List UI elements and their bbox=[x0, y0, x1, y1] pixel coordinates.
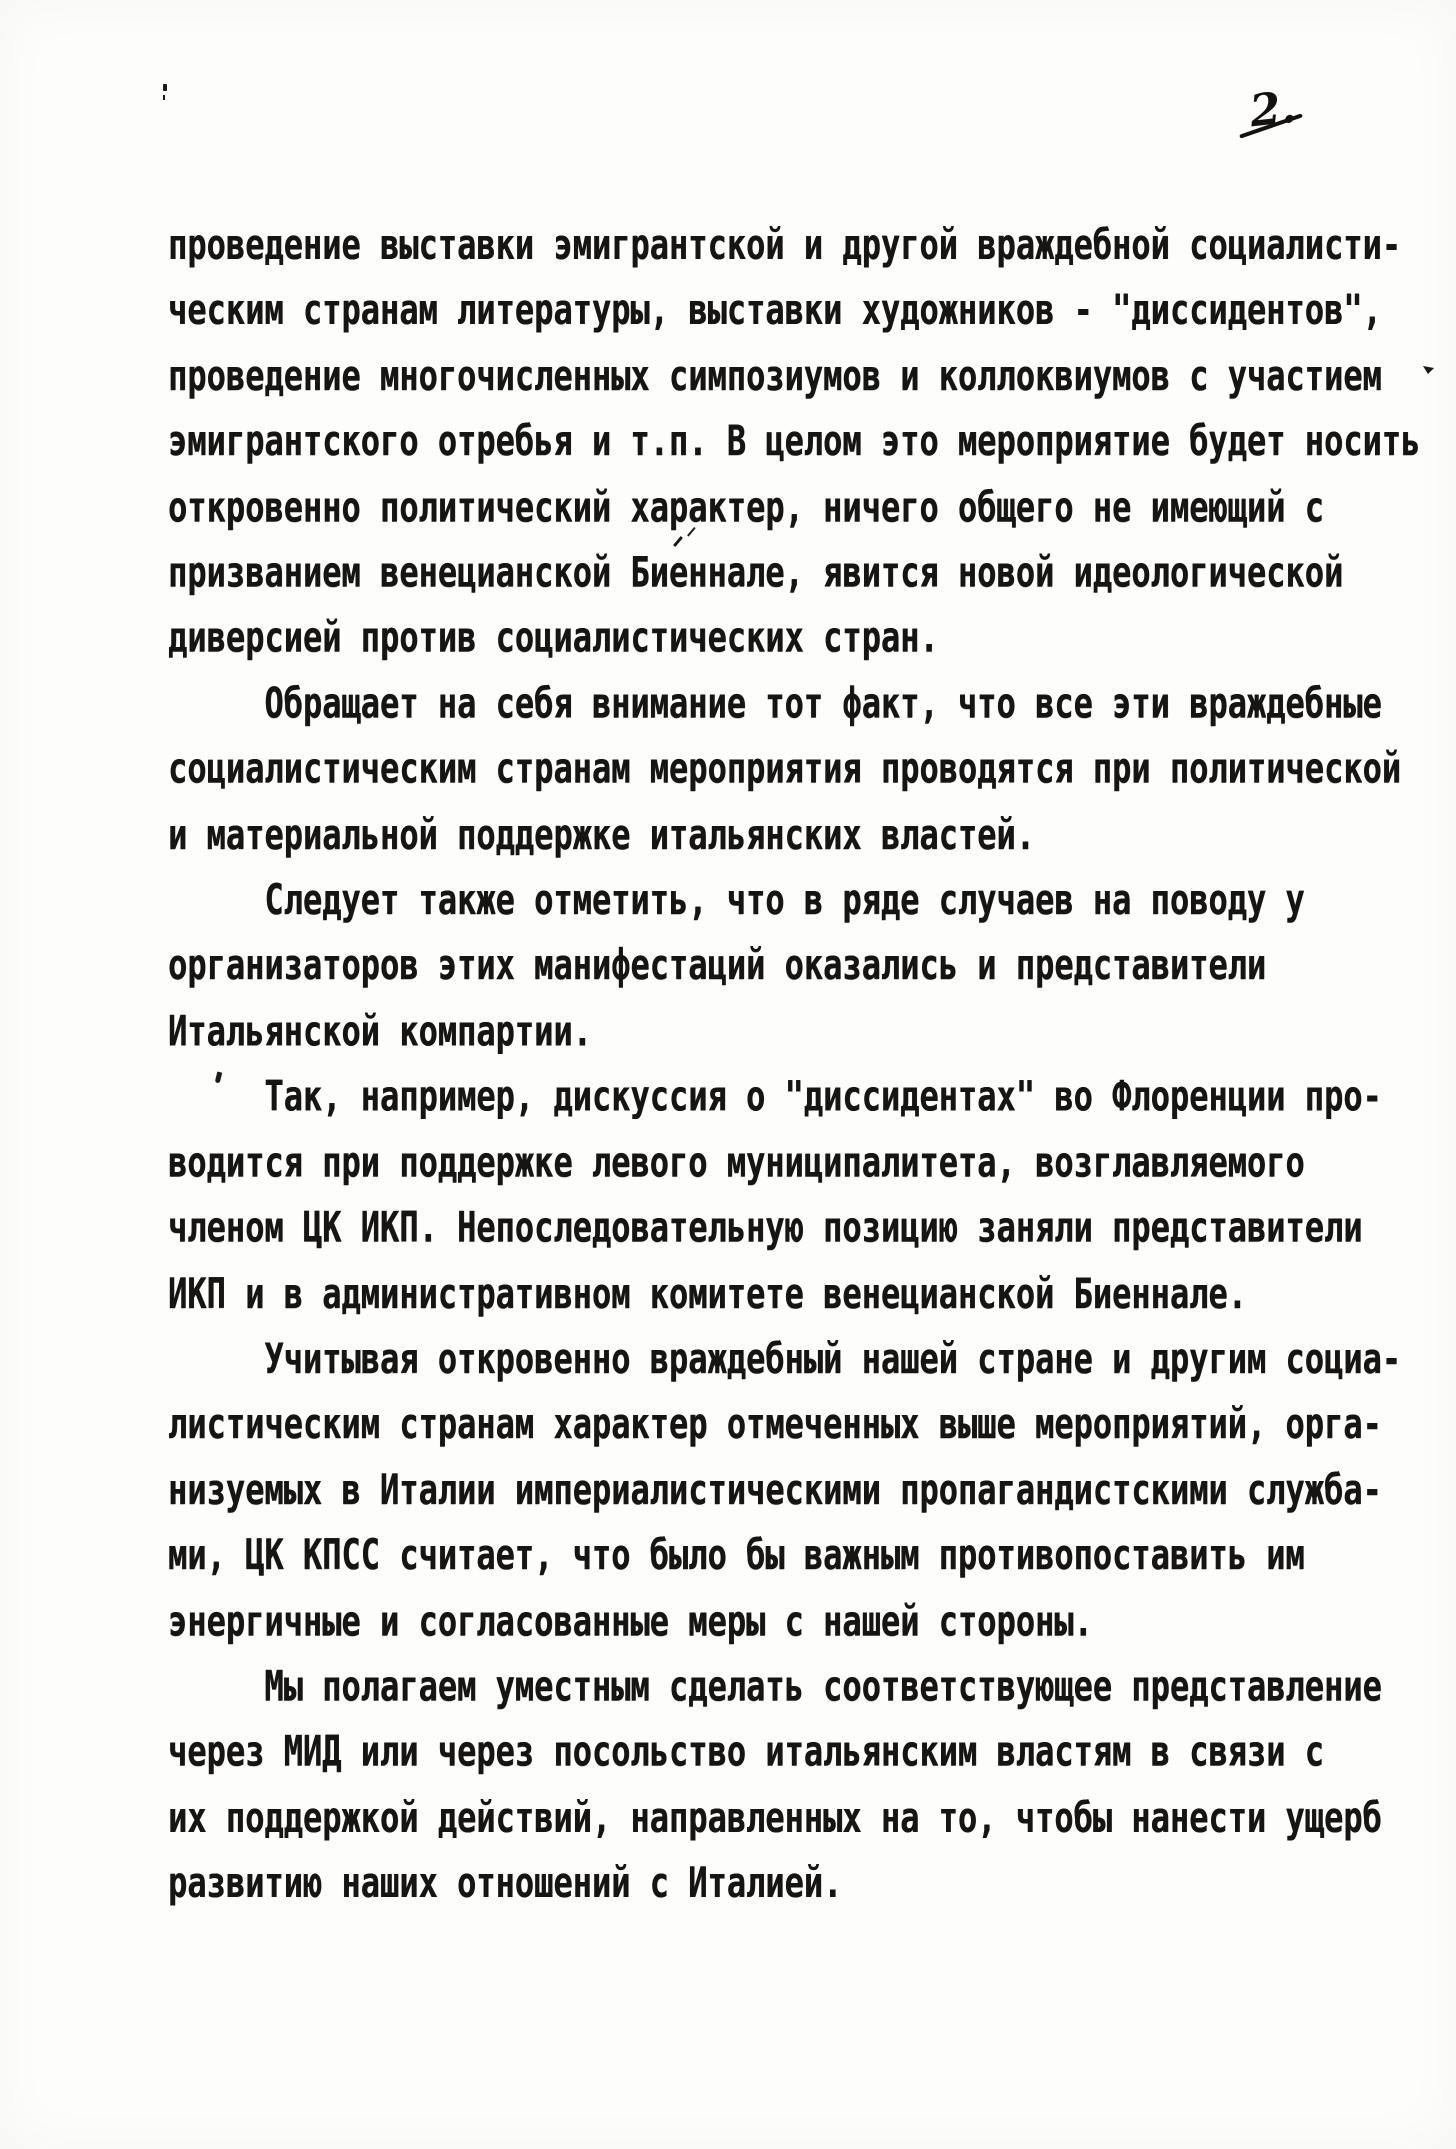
text-line: призванием венецианской Биеннале, явится… bbox=[168, 540, 1448, 606]
text-line: Обращает на себя внимание тот факт, что … bbox=[168, 671, 1448, 737]
text-line: их поддержкой действий, направленных на … bbox=[168, 1785, 1448, 1851]
text-line: организаторов этих манифестаций оказалис… bbox=[168, 933, 1448, 999]
text-line: Итальянской компартии. bbox=[168, 998, 1448, 1064]
scanned-document-page: 2. проведение выставки эмигрантской и др… bbox=[0, 0, 1456, 2149]
text-line: диверсией против социалистических стран. bbox=[168, 605, 1448, 671]
text-line: Следует также отметить, что в ряде случа… bbox=[168, 867, 1448, 933]
text-line: откровенно политический характер, ничего… bbox=[168, 474, 1448, 540]
text-line: развитию наших отношений с Италией. bbox=[168, 1850, 1448, 1916]
text-line: Мы полагаем уместным сделать соответству… bbox=[168, 1654, 1448, 1720]
text-line: водится при поддержке левого муниципалит… bbox=[168, 1129, 1448, 1195]
document-body-text: проведение выставки эмигрантской и друго… bbox=[168, 212, 1448, 1916]
text-line: проведение выставки эмигрантской и друго… bbox=[168, 212, 1448, 278]
text-line: через МИД или через посольство итальянск… bbox=[168, 1719, 1448, 1785]
text-line: эмигрантского отребья и т.п. В целом это… bbox=[168, 409, 1448, 475]
text-line: членом ЦК ИКП. Непоследовательную позици… bbox=[168, 1195, 1448, 1261]
text-line: социалистическим странам мероприятия про… bbox=[168, 736, 1448, 802]
text-line: проведение многочисленных симпозиумов и … bbox=[168, 343, 1448, 409]
text-line: ми, ЦК КПСС считает, что было бы важным … bbox=[168, 1523, 1448, 1589]
ink-speck-top-left bbox=[163, 84, 167, 91]
text-line: Учитывая откровенно враждебный нашей стр… bbox=[168, 1326, 1448, 1392]
text-line: энергичные и согласованные меры с нашей … bbox=[168, 1588, 1448, 1654]
text-line: низуемых в Италии империалистическими пр… bbox=[168, 1457, 1448, 1523]
text-line: Так, например, дискуссия о "диссидентах"… bbox=[168, 1064, 1448, 1130]
text-line: ческим странам литературы, выставки худо… bbox=[168, 278, 1448, 344]
text-line: ИКП и в административном комитете венеци… bbox=[168, 1260, 1448, 1326]
text-line: листическим странам характер отмеченных … bbox=[168, 1392, 1448, 1458]
text-line: и материальной поддержке итальянских вла… bbox=[168, 802, 1448, 868]
